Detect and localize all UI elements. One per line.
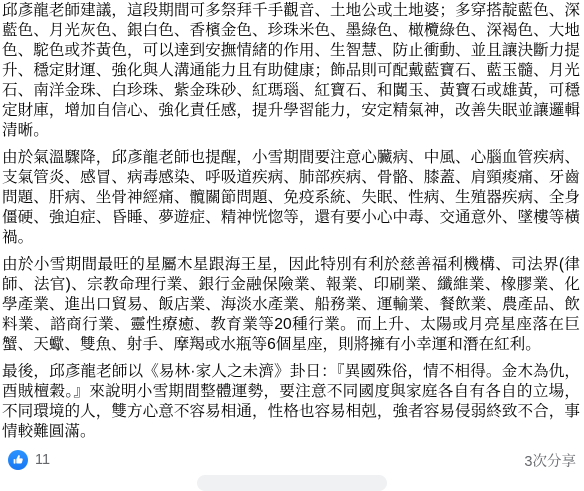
reaction-summary[interactable]: 11 [8, 450, 50, 470]
post-text-content: 邱彥龍老師建議，這段期間可多祭拜千手觀音、土地公或土地婆；多穿搭靛藍色、深藍色、… [0, 0, 584, 442]
like-count[interactable]: 11 [35, 452, 50, 468]
post-paragraph: 邱彥龍老師建議，這段期間可多祭拜千手觀音、土地公或土地婆；多穿搭靛藍色、深藍色、… [2, 1, 580, 141]
share-count[interactable]: 3次分享 [524, 450, 576, 471]
post-paragraph: 最後，邱彥龍老師以《易林·家人之未濟》卦日：『異國殊俗，情不相得。金木為仇，酉賊… [2, 362, 580, 442]
bottom-rounded-button[interactable] [197, 475, 387, 483]
thumbs-up-icon [12, 454, 24, 466]
post-paragraph: 由於氣溫驟降，邱彥龍老師也提醒，小雪期間要注意心臟病、中風、心腦血管疾病、支氣管… [2, 148, 580, 248]
engagement-bar: 11 3次分享 [0, 449, 584, 471]
like-reaction-badge[interactable] [8, 450, 28, 470]
post-paragraph: 由於小雪期間最旺的星屬木星跟海王星，因此特別有利於慈善福利機構、司法界(律師、法… [2, 255, 580, 355]
